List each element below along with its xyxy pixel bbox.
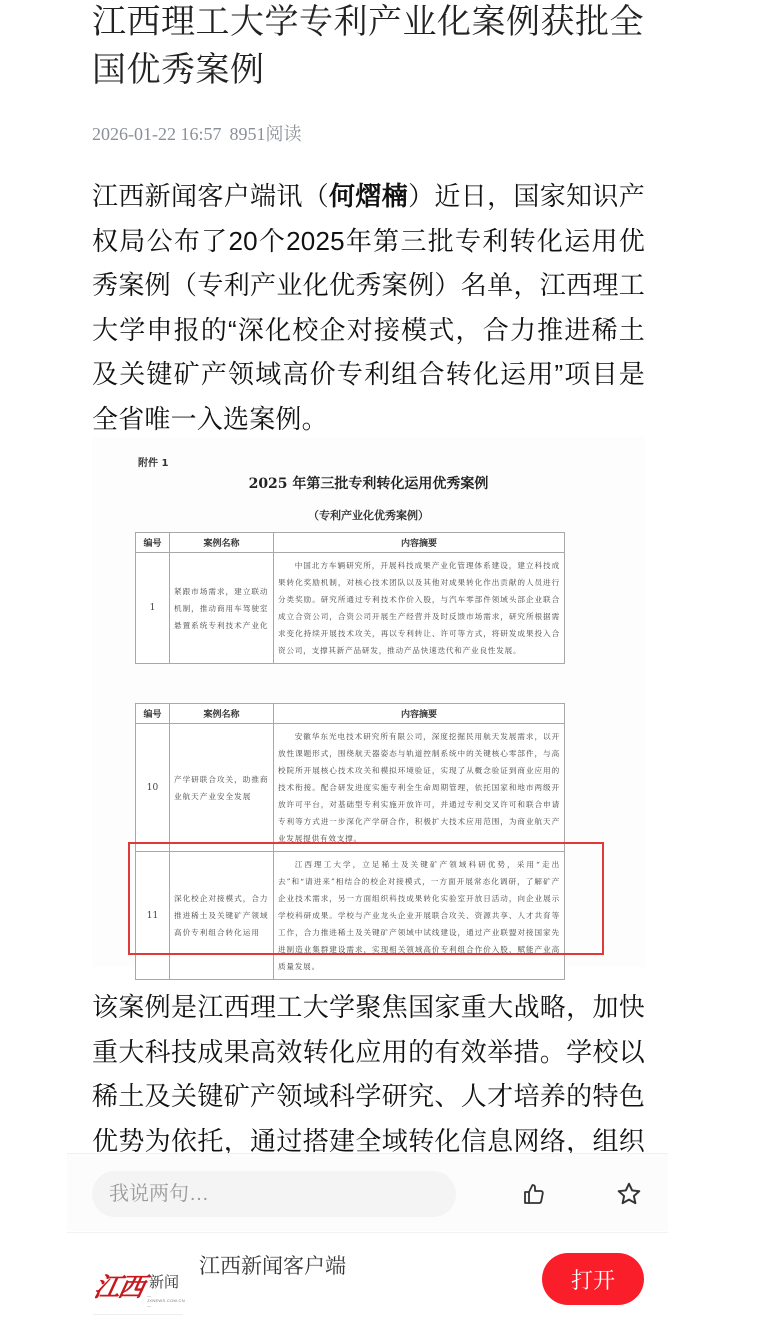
table-row: 1 紧跟市场需求，建立联动机制，推动商用车驾驶室悬置系统专利技术产业化 中国北方… [136,553,565,664]
app-name: 江西新闻客户端 [199,1250,346,1280]
row-name: 产学研联合攻关，助推商业航天产业安全发展 [170,724,274,852]
table-header-row: 编号 案例名称 内容摘要 [136,704,565,724]
lead-paragraph: 江西新闻客户端讯（何熠楠）近日，国家知识产权局公布了20个2025年第三批专利转… [92,174,645,441]
logo-url: —JXNEWS.COM.CN— [147,1293,185,1308]
article-meta: 2026-01-22 16:578951阅读 [92,120,645,144]
article: 江西理工大学专利产业化案例获批全国优秀案例 2026-01-22 16:5789… [92,0,645,441]
lead-prefix: 江西新闻客户端讯（ [92,181,329,211]
doc-title: 2025 年第三批专利转化运用优秀案例 [92,473,645,493]
author-name: 何熠楠 [329,181,408,211]
publish-date: 2026-01-22 16:57 [92,124,222,144]
row-num: 10 [136,724,170,852]
like-button[interactable] [519,1179,549,1209]
row-name: 紧跟市场需求，建立联动机制，推动商用车驾驶室悬置系统专利技术产业化 [170,553,274,664]
row-summary: 中国北方车辆研究所，开展科技成果产业化管理体系建设，建立科技成果转化奖励机制，对… [274,553,565,664]
open-app-button[interactable]: 打开 [542,1253,644,1305]
row-num: 11 [136,852,170,980]
logo-script: 江西 [91,1267,147,1304]
doc-annex-label: 附件 1 [138,454,168,469]
thumbs-up-icon [522,1182,546,1206]
document-image[interactable]: 附件 1 2025 年第三批专利转化运用优秀案例 （专利产业化优秀案例） 编号 … [92,437,645,967]
lead-body: ）近日，国家知识产权局公布了20个2025年第三批专利转化运用优秀案例（专利产业… [92,181,645,434]
header-summary: 内容摘要 [274,533,565,553]
header-summary: 内容摘要 [274,704,565,724]
row-name: 深化校企对接模式，合力推进稀土及关键矿产领域高价专利组合转化运用 [170,852,274,980]
row-summary: 安徽华东光电技术研究所有限公司，深度挖掘民用航天发展需求，以开放性课题形式，围绕… [274,724,565,852]
row-summary: 江西理工大学，立足稀土及关键矿产领域科研优势，采用“走出去”和“请进来”相结合的… [274,852,565,980]
article-title: 江西理工大学专利产业化案例获批全国优秀案例 [92,0,645,94]
table-header-row: 编号 案例名称 内容摘要 [136,533,565,553]
read-count: 8951阅读 [230,124,302,144]
favorite-button[interactable] [614,1179,644,1209]
comment-input[interactable] [92,1171,456,1217]
header-num: 编号 [136,533,170,553]
logo-text: 新闻 [149,1271,179,1292]
doc-table-top: 编号 案例名称 内容摘要 1 紧跟市场需求，建立联动机制，推动商用车驾驶室悬置系… [135,532,565,664]
star-icon [616,1181,642,1207]
doc-table-bottom: 编号 案例名称 内容摘要 10 产学研联合攻关，助推商业航天产业安全发展 安徽华… [135,703,565,980]
row-num: 1 [136,553,170,664]
app-logo: 江西 新闻 —JXNEWS.COM.CN— [93,1259,183,1315]
comment-bar [67,1153,668,1231]
header-name: 案例名称 [170,704,274,724]
app-download-banner: 江西 新闻 —JXNEWS.COM.CN— 江西新闻客户端 打开 [67,1232,668,1326]
header-name: 案例名称 [170,533,274,553]
table-row-highlighted: 11 深化校企对接模式，合力推进稀土及关键矿产领域高价专利组合转化运用 江西理工… [136,852,565,980]
doc-subtitle: （专利产业化优秀案例） [92,507,645,523]
header-num: 编号 [136,704,170,724]
table-row: 10 产学研联合攻关，助推商业航天产业安全发展 安徽华东光电技术研究所有限公司，… [136,724,565,852]
